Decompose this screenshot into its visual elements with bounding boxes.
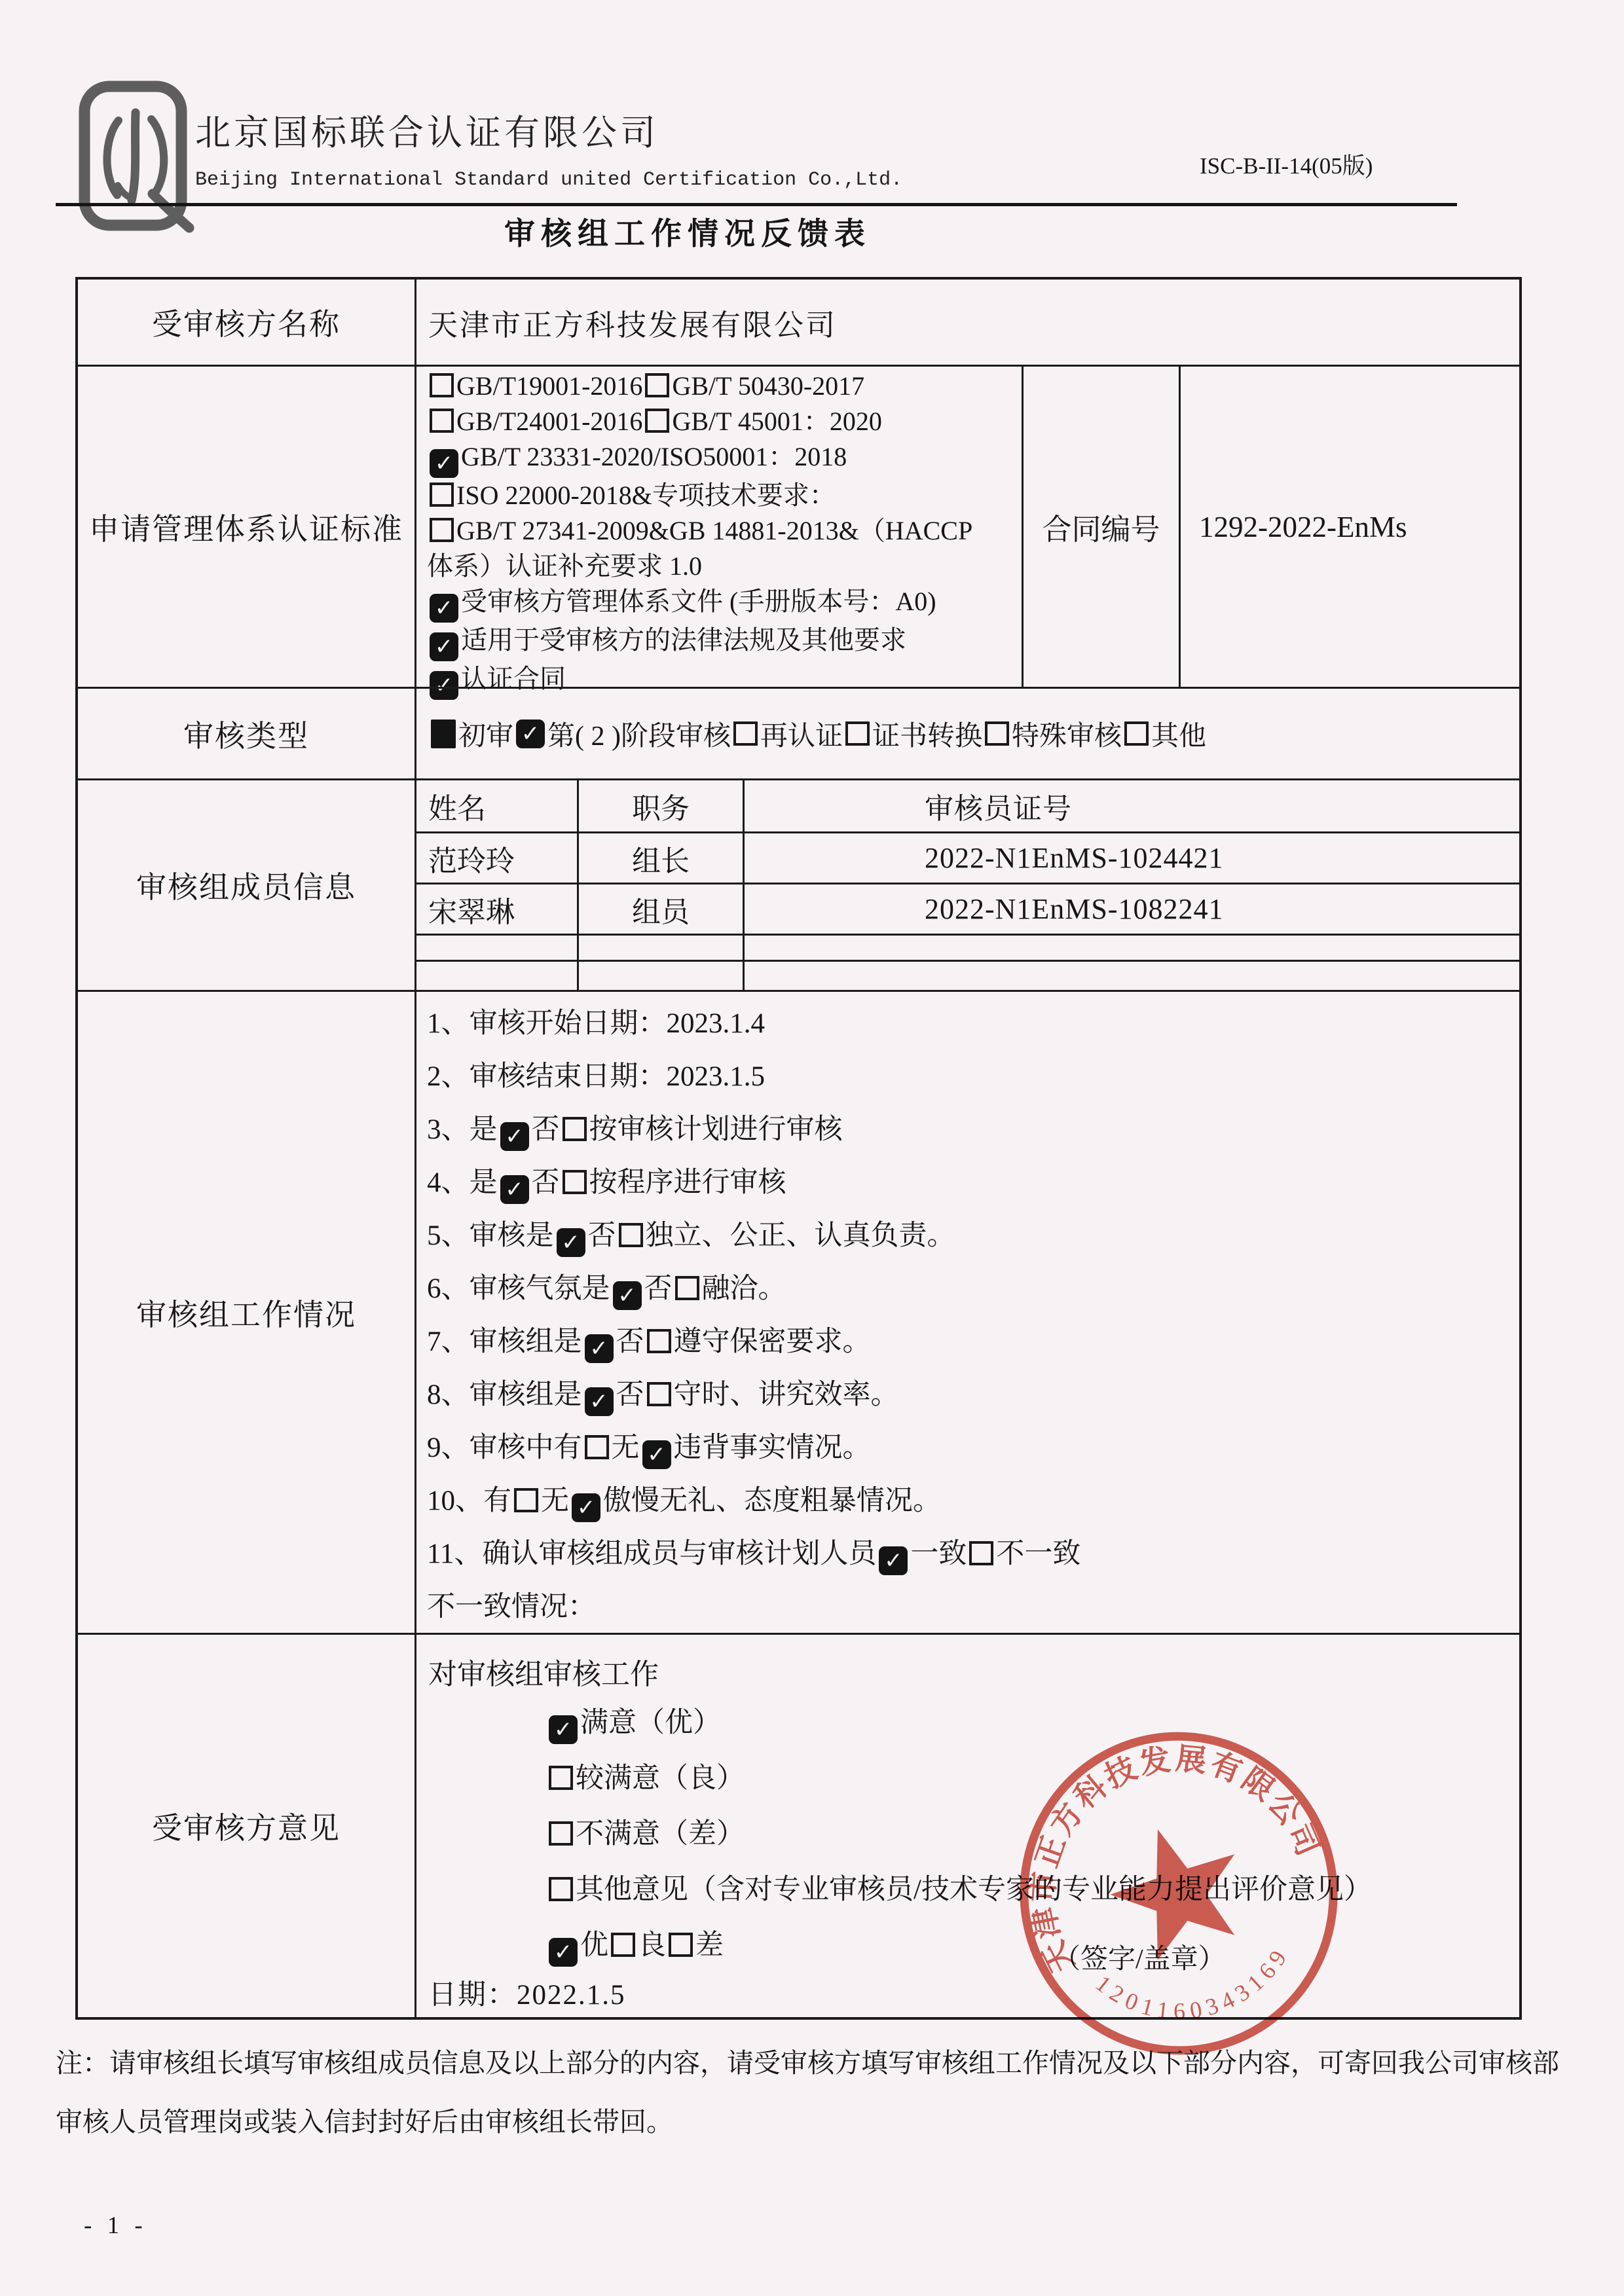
checkbox-unchecked-icon — [549, 1821, 573, 1846]
checkbox-checked-icon: ✓ — [430, 449, 458, 478]
checkbox-unchecked-icon — [645, 373, 669, 397]
footer-note-line1: 注：请审核组长填写审核组成员信息及以上部分的内容，请受审核方填写审核组工作情况及… — [56, 2041, 1588, 2080]
member-name: 范玲玲 — [416, 833, 577, 883]
checkbox-checked-icon: ✓ — [549, 1938, 578, 1967]
auditee-label: 受审核方名称 — [78, 280, 416, 365]
auditee-opinion-cell: 对审核组审核工作 ✓满意（优）较满意（良）不满意（差）其他意见（含对专业审核员/… — [416, 1635, 1519, 2017]
text-line: ✓满意（优） — [546, 1695, 1372, 1751]
audit-type-options: 初审✓第( 2 )阶段审核再认证证书转换特殊审核其他 — [416, 689, 1206, 778]
checkbox-unchecked-icon — [611, 1933, 635, 1957]
checkbox-checked-icon: ✓ — [516, 720, 545, 748]
header-divider — [56, 203, 1457, 206]
text-line: 不一致情况： — [427, 1580, 1519, 1633]
text-line: 体系）认证补充要求 1.0 — [427, 549, 1022, 584]
checkbox-unchecked-icon — [669, 1933, 693, 1957]
checkbox-unchecked-icon — [645, 409, 669, 433]
checkbox-unchecked-icon — [969, 1541, 993, 1565]
member-row-empty — [416, 960, 1519, 990]
member-row: 范玲玲 组长 2022-N1EnMS-1024421 — [416, 831, 1519, 883]
members-header-role: 职务 — [577, 780, 743, 831]
work-situation-label: 审核组工作情况 — [78, 992, 416, 1633]
text-line: 2、审核结束日期：2023.1.5 — [427, 1050, 1519, 1103]
text-line: 其他意见（含对专业审核员/技术专家的专业能力提出评价意见） — [546, 1862, 1372, 1918]
text-line: 6、审核气氛是✓否融洽。 — [427, 1262, 1519, 1315]
opinion-heading: 对审核组审核工作 — [428, 1650, 659, 1692]
audit-type-row: 审核类型 初审✓第( 2 )阶段审核再认证证书转换特殊审核其他 — [78, 687, 1519, 778]
member-cert — [743, 962, 1519, 990]
checkbox-unchecked-icon — [733, 721, 758, 746]
member-name — [416, 962, 577, 990]
checkbox-checked-icon: ✓ — [572, 1493, 600, 1522]
checkbox-unchecked-icon — [647, 1329, 671, 1353]
text-line: ✓适用于受审核方的法律法规及其他要求 — [427, 623, 1022, 661]
company-name-cn: 北京国标联合认证有限公司 — [195, 105, 659, 155]
member-role — [577, 936, 743, 960]
contract-number-value: 1292-2022-EnMs — [1181, 367, 1519, 687]
members-header-row: 姓名 职务 审核员证号 — [416, 780, 1519, 831]
work-situation-list: 1、审核开始日期：2023.1.42、审核结束日期：2023.1.53、是✓否按… — [416, 992, 1519, 1633]
checkbox-unchecked-icon — [549, 1766, 573, 1790]
checkbox-checked-icon: ✓ — [879, 1546, 908, 1575]
checkbox-unchecked-icon — [985, 721, 1009, 746]
checkbox-checked-icon: ✓ — [500, 1122, 529, 1151]
text-line: 10、有无✓傲慢无礼、态度粗暴情况。 — [427, 1474, 1519, 1527]
checkbox-unchecked-icon — [430, 518, 454, 542]
signature-stamp-label: （签字/盖章） — [1053, 1937, 1226, 1977]
standards-checklist: GB/T19001-2016GB/T 50430-2017GB/T24001-2… — [416, 367, 1024, 687]
checkbox-checked-icon: ✓ — [500, 1175, 529, 1204]
checkbox-checked-icon: ✓ — [585, 1334, 614, 1363]
member-cert: 2022-N1EnMS-1082241 — [743, 884, 1519, 934]
checkbox-unchecked-icon — [585, 1435, 609, 1459]
auditee-row: 受审核方名称 天津市正方科技发展有限公司 — [78, 280, 1519, 365]
checkbox-unchecked-icon — [430, 409, 454, 433]
checkbox-checked-icon: ✓ — [557, 1228, 585, 1257]
member-name: 宋翠琳 — [416, 884, 577, 934]
page-number: - 1 - — [84, 2212, 147, 2240]
checkbox-checked-icon: ✓ — [642, 1440, 671, 1469]
text-line: 不满意（差） — [546, 1806, 1372, 1862]
text-line: 较满意（良） — [546, 1751, 1372, 1806]
text-line: 1、审核开始日期：2023.1.4 — [427, 997, 1519, 1050]
member-cert: 2022-N1EnMS-1024421 — [743, 833, 1519, 883]
member-role — [577, 962, 743, 990]
standards-label: 申请管理体系认证标准 — [78, 367, 416, 687]
text-line: ✓受审核方管理体系文件 (手册版本号：A0) — [427, 584, 1022, 623]
member-row: 宋翠琳 组员 2022-N1EnMS-1082241 — [416, 883, 1519, 934]
member-name — [416, 936, 577, 960]
auditee-name: 天津市正方科技发展有限公司 — [416, 280, 837, 365]
checkbox-unchecked-icon — [430, 373, 454, 397]
text-line: GB/T19001-2016GB/T 50430-2017 — [427, 369, 1022, 404]
checkbox-checked-icon: ✓ — [430, 594, 458, 623]
checkbox-unchecked-icon — [845, 721, 870, 746]
text-line: 7、审核组是✓否遵守保密要求。 — [427, 1315, 1519, 1368]
checkbox-checked-icon: ✓ — [613, 1281, 642, 1310]
auditee-opinion-label: 受审核方意见 — [78, 1635, 416, 2017]
footer-note-line2: 审核人员管理岗或装入信封封好后由审核组长带回。 — [56, 2100, 673, 2139]
text-line: ✓GB/T 23331-2020/ISO50001：2018 — [427, 439, 1022, 478]
form-code: ISC-B-II-14(05版) — [1200, 148, 1373, 181]
checkbox-checked-icon: ✓ — [549, 1715, 578, 1744]
member-role: 组员 — [577, 884, 743, 934]
members-row: 审核组成员信息 姓名 职务 审核员证号 范玲玲 组长 2022-N1EnMS-1… — [78, 778, 1519, 990]
text-line: 11、确认审核组成员与审核计划人员✓一致不一致 — [427, 1527, 1519, 1580]
opinion-options: ✓满意（优）较满意（良）不满意（差）其他意见（含对专业审核员/技术专家的专业能力… — [546, 1695, 1372, 1973]
checkbox-unchecked-icon — [514, 1488, 538, 1512]
text-line: 4、是✓否按程序进行审核 — [427, 1156, 1519, 1209]
member-role: 组长 — [577, 833, 743, 883]
checkbox-filled-icon — [431, 720, 456, 748]
text-line: 9、审核中有无✓违背事实情况。 — [427, 1421, 1519, 1474]
checkbox-unchecked-icon — [1124, 721, 1149, 746]
members-header-name: 姓名 — [416, 780, 577, 831]
contract-number-label: 合同编号 — [1024, 367, 1181, 687]
page-title: 审核组工作情况反馈表 — [458, 210, 917, 253]
checkbox-unchecked-icon — [549, 1877, 573, 1901]
text-line: ISO 22000-2018&专项技术要求： — [427, 478, 1022, 513]
feedback-form-table: 受审核方名称 天津市正方科技发展有限公司 申请管理体系认证标准 GB/T1900… — [75, 277, 1522, 2020]
member-cert — [743, 936, 1519, 960]
certification-body-logo — [75, 80, 232, 234]
text-line: 3、是✓否按审核计划进行审核 — [427, 1103, 1519, 1156]
text-line: GB/T24001-2016GB/T 45001：2020 — [427, 404, 1022, 439]
checkbox-unchecked-icon — [647, 1382, 671, 1406]
text-line: 8、审核组是✓否守时、讲究效率。 — [427, 1368, 1519, 1421]
opinion-date: 日期：2022.1.5 — [428, 1973, 626, 2013]
checkbox-unchecked-icon — [430, 483, 454, 507]
auditee-opinion-row: 受审核方意见 对审核组审核工作 ✓满意（优）较满意（良）不满意（差）其他意见（含… — [78, 1633, 1519, 2017]
members-table: 姓名 职务 审核员证号 范玲玲 组长 2022-N1EnMS-1024421 宋… — [416, 780, 1519, 990]
checkbox-checked-icon: ✓ — [430, 632, 458, 661]
checkbox-unchecked-icon — [619, 1223, 643, 1247]
standards-row: 申请管理体系认证标准 GB/T19001-2016GB/T 50430-2017… — [78, 365, 1519, 687]
scanned-form-page: 北京国标联合认证有限公司 Beijing International Stand… — [0, 0, 1624, 2296]
work-situation-row: 审核组工作情况 1、审核开始日期：2023.1.42、审核结束日期：2023.1… — [78, 990, 1519, 1633]
checkbox-checked-icon: ✓ — [585, 1387, 614, 1416]
text-line: GB/T 27341-2009&GB 14881-2013&（HACCP — [427, 513, 1022, 549]
members-label: 审核组成员信息 — [78, 780, 416, 990]
members-header-cert: 审核员证号 — [743, 780, 1519, 831]
checkbox-unchecked-icon — [675, 1276, 699, 1300]
company-name-en: Beijing International Standard united Ce… — [195, 169, 902, 191]
text-line: ✓优良差 — [546, 1918, 1372, 1973]
member-row-empty — [416, 934, 1519, 960]
text-line: 5、审核是✓否独立、公正、认真负责。 — [427, 1209, 1519, 1262]
checkbox-unchecked-icon — [563, 1170, 587, 1194]
checkbox-unchecked-icon — [563, 1117, 587, 1141]
audit-type-label: 审核类型 — [78, 689, 416, 778]
